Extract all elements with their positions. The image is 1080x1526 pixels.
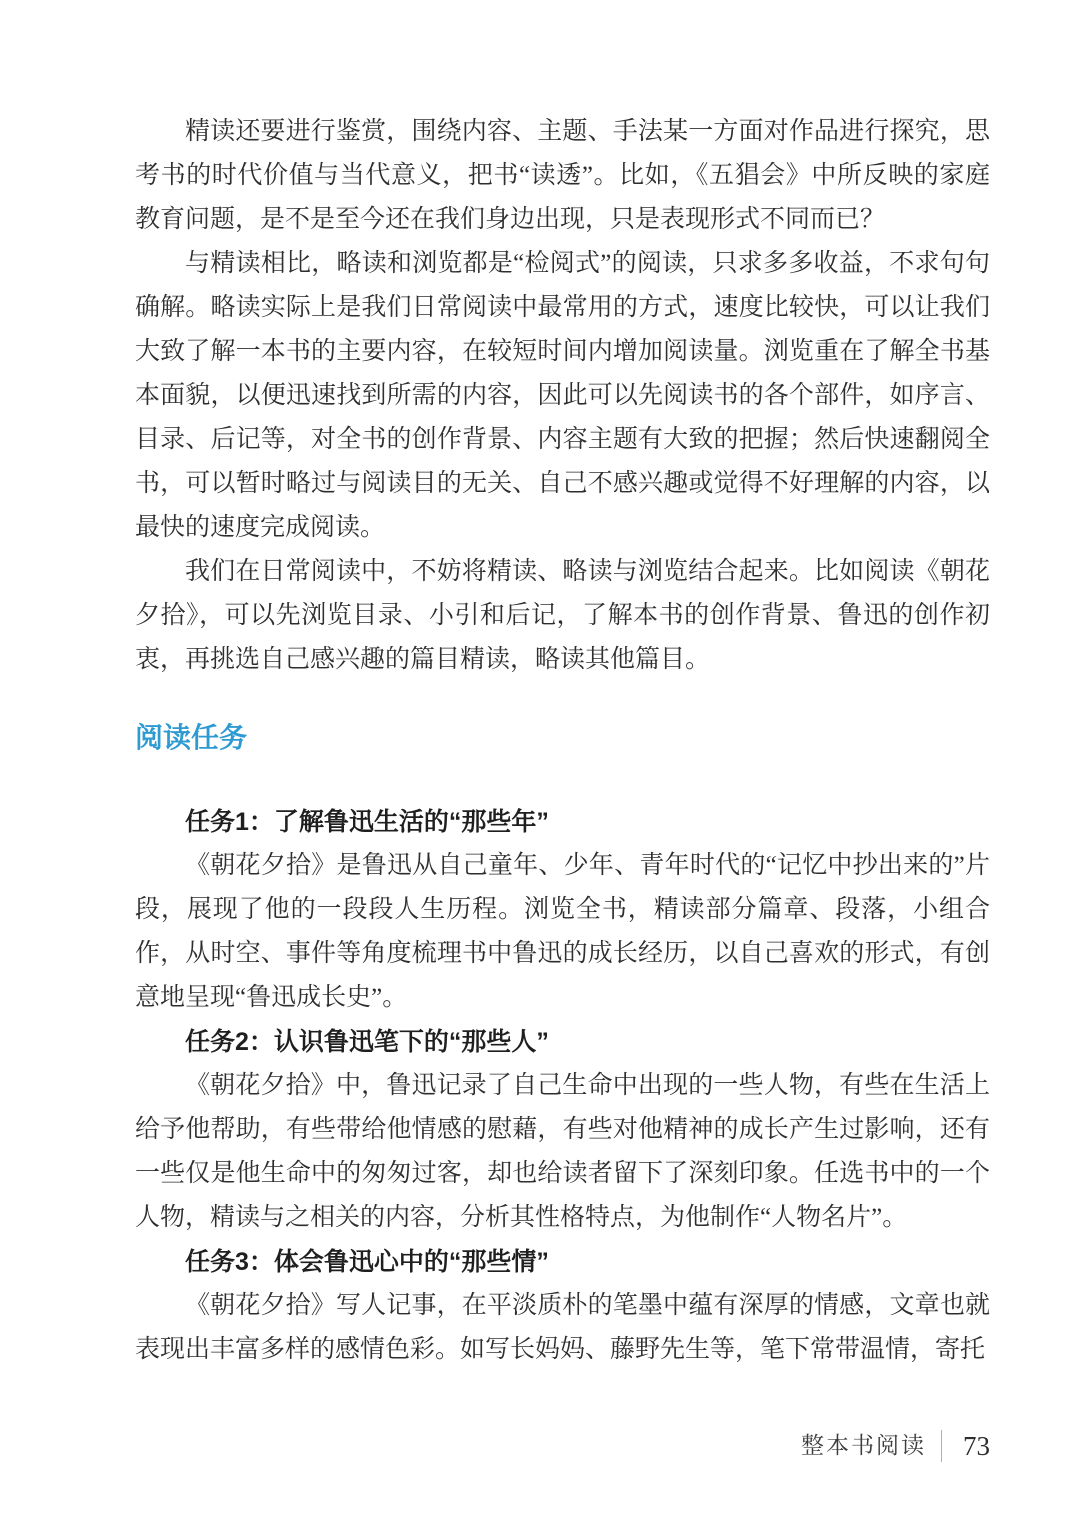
text-column: 精读还要进行鉴赏，围绕内容、主题、手法某一方面对作品进行探究，思考书的时代价值与… — [135, 110, 990, 1372]
task-1-paragraph: 《朝花夕拾》是鲁迅从自己童年、少年、青年时代的“记忆中抄出来的”片段，展现了他的… — [135, 844, 990, 1020]
task-1-heading: 任务1：了解鲁迅生活的“那些年” — [135, 800, 990, 844]
page-number: 73 — [963, 1430, 990, 1462]
footer-divider — [941, 1430, 942, 1462]
task-2-paragraph: 《朝花夕拾》中，鲁迅记录了自己生命中出现的一些人物，有些在生活上给予他帮助，有些… — [135, 1064, 990, 1240]
page-footer: 整本书阅读 73 — [801, 1430, 990, 1462]
textbook-page: 精读还要进行鉴赏，围绕内容、主题、手法某一方面对作品进行探究，思考书的时代价值与… — [0, 0, 1080, 1526]
intro-paragraph-3: 我们在日常阅读中，不妨将精读、略读与浏览结合起来。比如阅读《朝花夕拾》，可以先浏… — [135, 550, 990, 682]
section-heading-reading-tasks: 阅读任务 — [135, 720, 990, 756]
footer-section-label: 整本书阅读 — [801, 1430, 926, 1462]
task-3-heading: 任务3：体会鲁迅心中的“那些情” — [135, 1240, 990, 1284]
intro-paragraph-1: 精读还要进行鉴赏，围绕内容、主题、手法某一方面对作品进行探究，思考书的时代价值与… — [135, 110, 990, 242]
task-3-paragraph: 《朝花夕拾》写人记事，在平淡质朴的笔墨中蕴有深厚的情感，文章也就表现出丰富多样的… — [135, 1284, 990, 1372]
intro-paragraph-2: 与精读相比，略读和浏览都是“检阅式”的阅读，只求多多收益，不求句句确解。略读实际… — [135, 242, 990, 550]
task-2-heading: 任务2：认识鲁迅笔下的“那些人” — [135, 1020, 990, 1064]
